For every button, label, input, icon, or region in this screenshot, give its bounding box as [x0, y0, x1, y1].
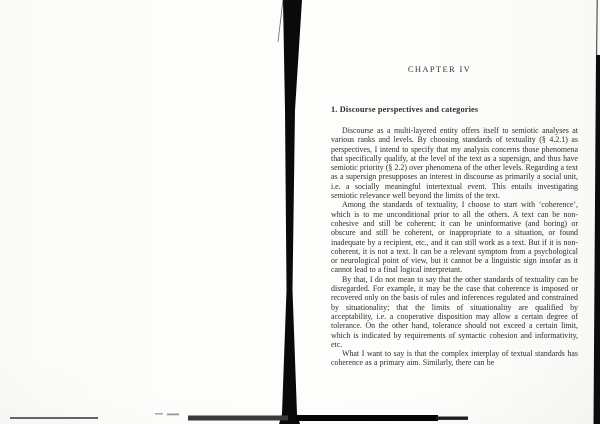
chapter-heading: CHAPTER IV [316, 64, 563, 74]
paragraph-1: Discourse as a multi-layered entity offe… [331, 126, 578, 200]
paragraph-4: What I want to say is that the complex i… [331, 349, 578, 368]
scanned-book-spread: CHAPTER IV 1. Discourse perspectives and… [0, 0, 600, 424]
bottom-artifact-line-left [10, 417, 98, 419]
body-text: Discourse as a multi-layered entity offe… [331, 126, 578, 368]
gutter-crease-line [278, 0, 283, 42]
bottom-bar-black [296, 415, 438, 421]
section-heading: 1. Discourse perspectives and categories [331, 105, 578, 114]
page-edge-right-strip [594, 55, 600, 424]
page-edge-right-line [597, 0, 598, 58]
bottom-bar-tail [436, 417, 468, 420]
bottom-artifact-speck-1 [155, 413, 163, 415]
bottom-artifact-speck-2 [167, 414, 179, 416]
binding-shadow [279, 0, 302, 424]
paragraph-2: Among the standards of textuality, I cho… [331, 200, 578, 274]
paragraph-3: By that, I do not mean to say that the o… [331, 275, 578, 349]
bottom-bar-gray [188, 416, 288, 421]
right-page: CHAPTER IV 1. Discourse perspectives and… [331, 64, 578, 368]
